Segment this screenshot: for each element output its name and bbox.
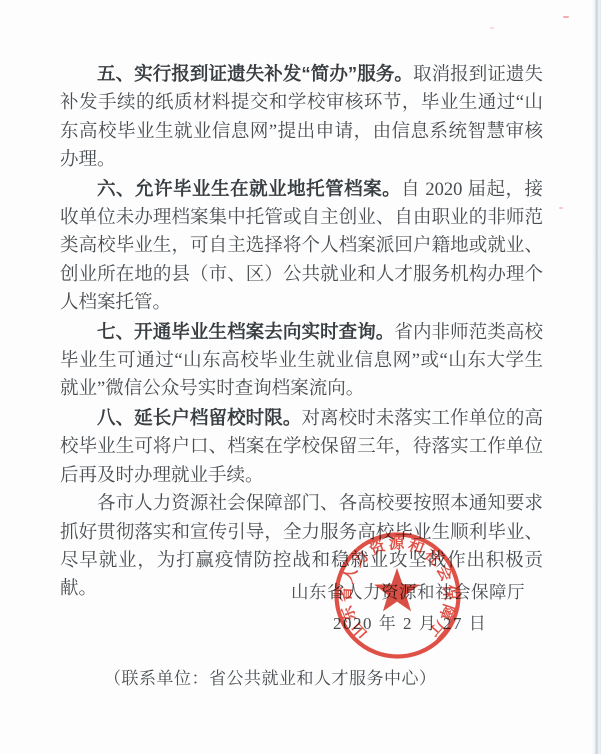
para-6-heading: 六、允许毕业生在就业地托管档案。 xyxy=(97,178,401,199)
scan-artifact xyxy=(563,16,569,18)
seal-star-icon xyxy=(374,568,420,611)
para-5-heading: 五、实行报到证遗失补发“简办”服务。 xyxy=(97,63,413,84)
scan-artifact xyxy=(490,27,494,29)
para-8-heading: 八、延长户档留校时限。 xyxy=(97,407,301,428)
scan-artifact xyxy=(559,207,563,209)
contact-line: （联系单位：省公共就业和人才服务中心） xyxy=(104,664,437,689)
scanned-notice-page: 五、实行报到证遗失补发“简办”服务。取消报到证遗失补发手续的纸质材料提交和学校审… xyxy=(0,0,601,754)
scan-page-edge xyxy=(592,0,601,754)
official-seal: 山东省人力资源和社会保障厅 xyxy=(321,519,474,672)
para-6-text: 自 2020 届起，接收单位未办理档案集中托管或自主创业、自由职业的非师范类高校… xyxy=(60,180,543,314)
para-7: 七、开通毕业生档案去向实时查询。省内非师范类高校毕业生可通过“山东高校毕业生就业… xyxy=(60,318,543,404)
para-7-heading: 七、开通毕业生档案去向实时查询。 xyxy=(97,321,394,342)
para-6: 六、允许毕业生在就业地托管档案。自 2020 届起，接收单位未办理档案集中托管或… xyxy=(60,175,543,318)
para-5: 五、实行报到证遗失补发“简办”服务。取消报到证遗失补发手续的纸质材料提交和学校审… xyxy=(60,60,543,175)
para-8: 八、延长户档留校时限。对离校时未落实工作单位的高校毕业生可将户口、档案在学校保留… xyxy=(60,404,543,490)
